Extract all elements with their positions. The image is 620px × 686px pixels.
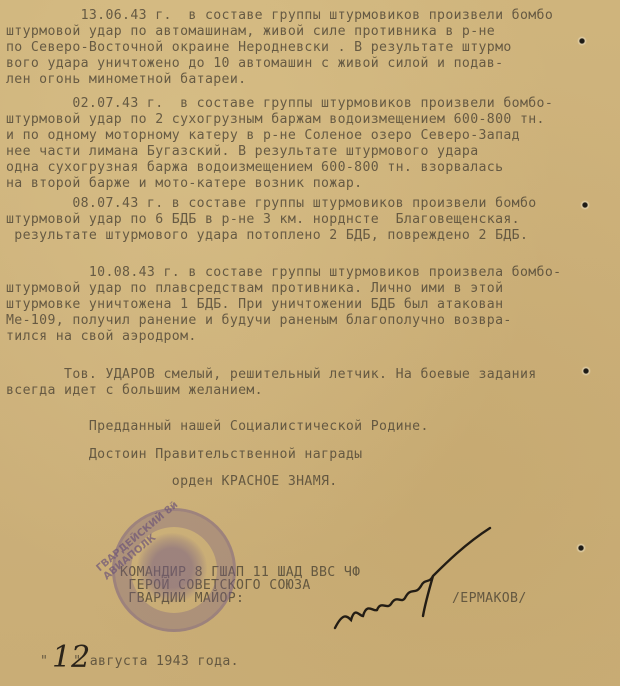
document-line: штурмовой удар по 6 БДБ в р-не 3 км. нор…	[6, 212, 520, 228]
official-stamp: ГВАРДЕЙСКИЙ 8й АВИАПОЛК	[112, 508, 236, 632]
document-line: Тов. УДАРОВ смелый, решительный летчик. …	[6, 367, 537, 383]
document-line: Предданный нашей Социалистической Родине…	[6, 419, 429, 435]
document-line: 02.07.43 г. в составе группы штурмовиков…	[6, 96, 553, 112]
document-line: и по одному моторному катеру в р-не Соле…	[6, 128, 520, 144]
handwritten-day: 12	[52, 640, 90, 675]
document-line: одна сухогрузная баржа водоизмещением 60…	[6, 160, 503, 176]
punch-hole	[580, 200, 590, 210]
document-line: штурмовке уничтожена 1 БДБ. При уничтоже…	[6, 297, 503, 313]
handwritten-signature	[325, 520, 495, 640]
punch-hole	[577, 36, 587, 46]
document-line: на второй барже и мото-катере возник пож…	[6, 176, 362, 192]
document-line: всегда идет с большим желанием.	[6, 383, 263, 399]
document-line: 13.06.43 г. в составе группы штурмовиков…	[6, 8, 553, 24]
document-line: по Северо-Восточной окраине Неродневски …	[6, 40, 512, 56]
document-line: штурмовой удар по плавсредствам противни…	[6, 281, 503, 297]
document-line: нее части лимана Бугазский. В результате…	[6, 144, 479, 160]
document-line: штурмовой удар по 2 сухогрузным баржам в…	[6, 112, 545, 128]
document-line: тился на свой аэродром.	[6, 329, 197, 345]
document-line: орден КРАСНОЕ ЗНАМЯ.	[6, 474, 338, 490]
punch-hole	[576, 543, 586, 553]
document-line: результате штурмового удара потоплено 2 …	[6, 228, 528, 244]
punch-hole	[581, 366, 591, 376]
document-line: штурмовой удар по автомашинам, живой сил…	[6, 24, 495, 40]
document-line: вого удара уничтожено до 10 автомашин с …	[6, 56, 503, 72]
document-line: Ме-109, получил ранение и будучи раненым…	[6, 313, 512, 329]
document-line: 08.07.43 г. в составе группы штурмовиков…	[6, 196, 537, 212]
document-line: Достоин Правительственной награды	[6, 447, 362, 463]
document-line: лен огонь минометной батареи.	[6, 72, 246, 88]
document-line: 10.08.43 г. в составе группы штурмовиков…	[6, 265, 561, 281]
